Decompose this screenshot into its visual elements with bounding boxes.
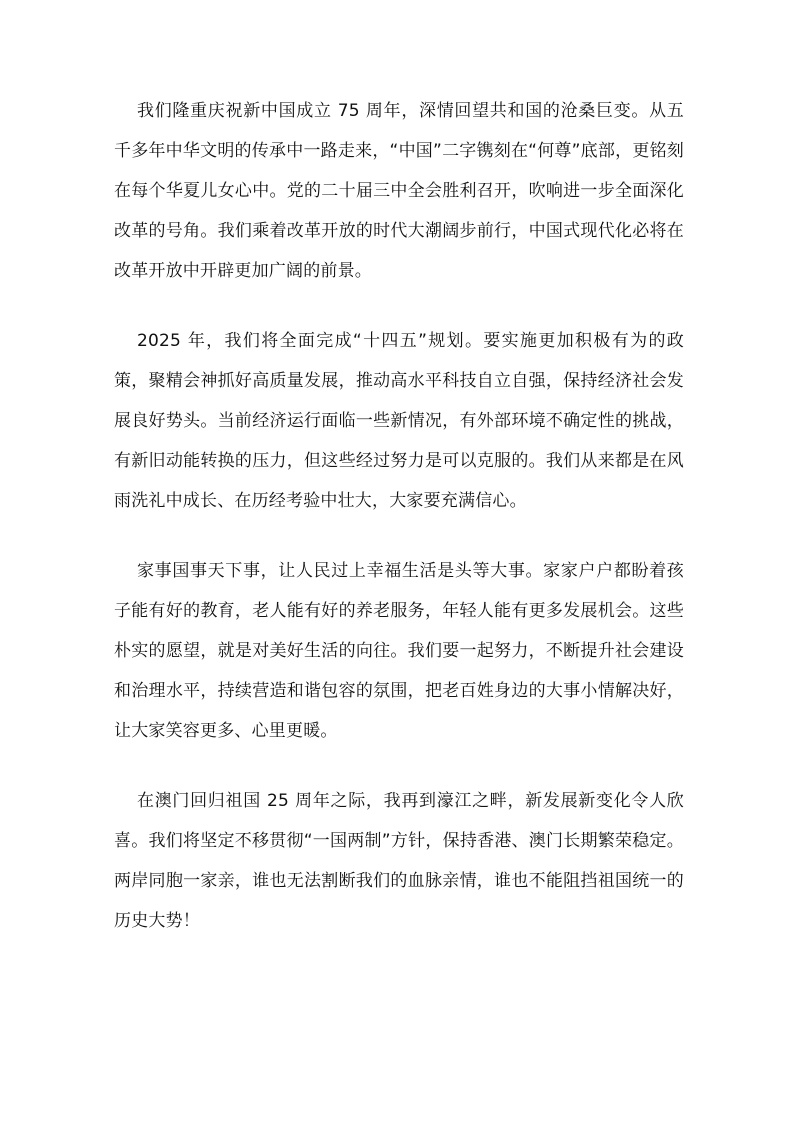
paragraph-1: 我们隆重庆祝新中国成立 75 周年，深情回望共和国的沧桑巨变。从五千多年中华文明… xyxy=(114,91,684,291)
paragraph-3: 家事国事天下事，让人民过上幸福生活是头等大事。家家户户都盼着孩子能有好的教育，老… xyxy=(114,551,684,751)
document-page: 我们隆重庆祝新中国成立 75 周年，深情回望共和国的沧桑巨变。从五千多年中华文明… xyxy=(114,91,684,971)
paragraph-4: 在澳门回归祖国 25 周年之际，我再到濠江之畔，新发展新变化令人欣喜。我们将坚定… xyxy=(114,781,684,941)
paragraph-2: 2025 年，我们将全面完成“十四五”规划。要实施更加积极有为的政策，聚精会神抓… xyxy=(114,321,684,521)
